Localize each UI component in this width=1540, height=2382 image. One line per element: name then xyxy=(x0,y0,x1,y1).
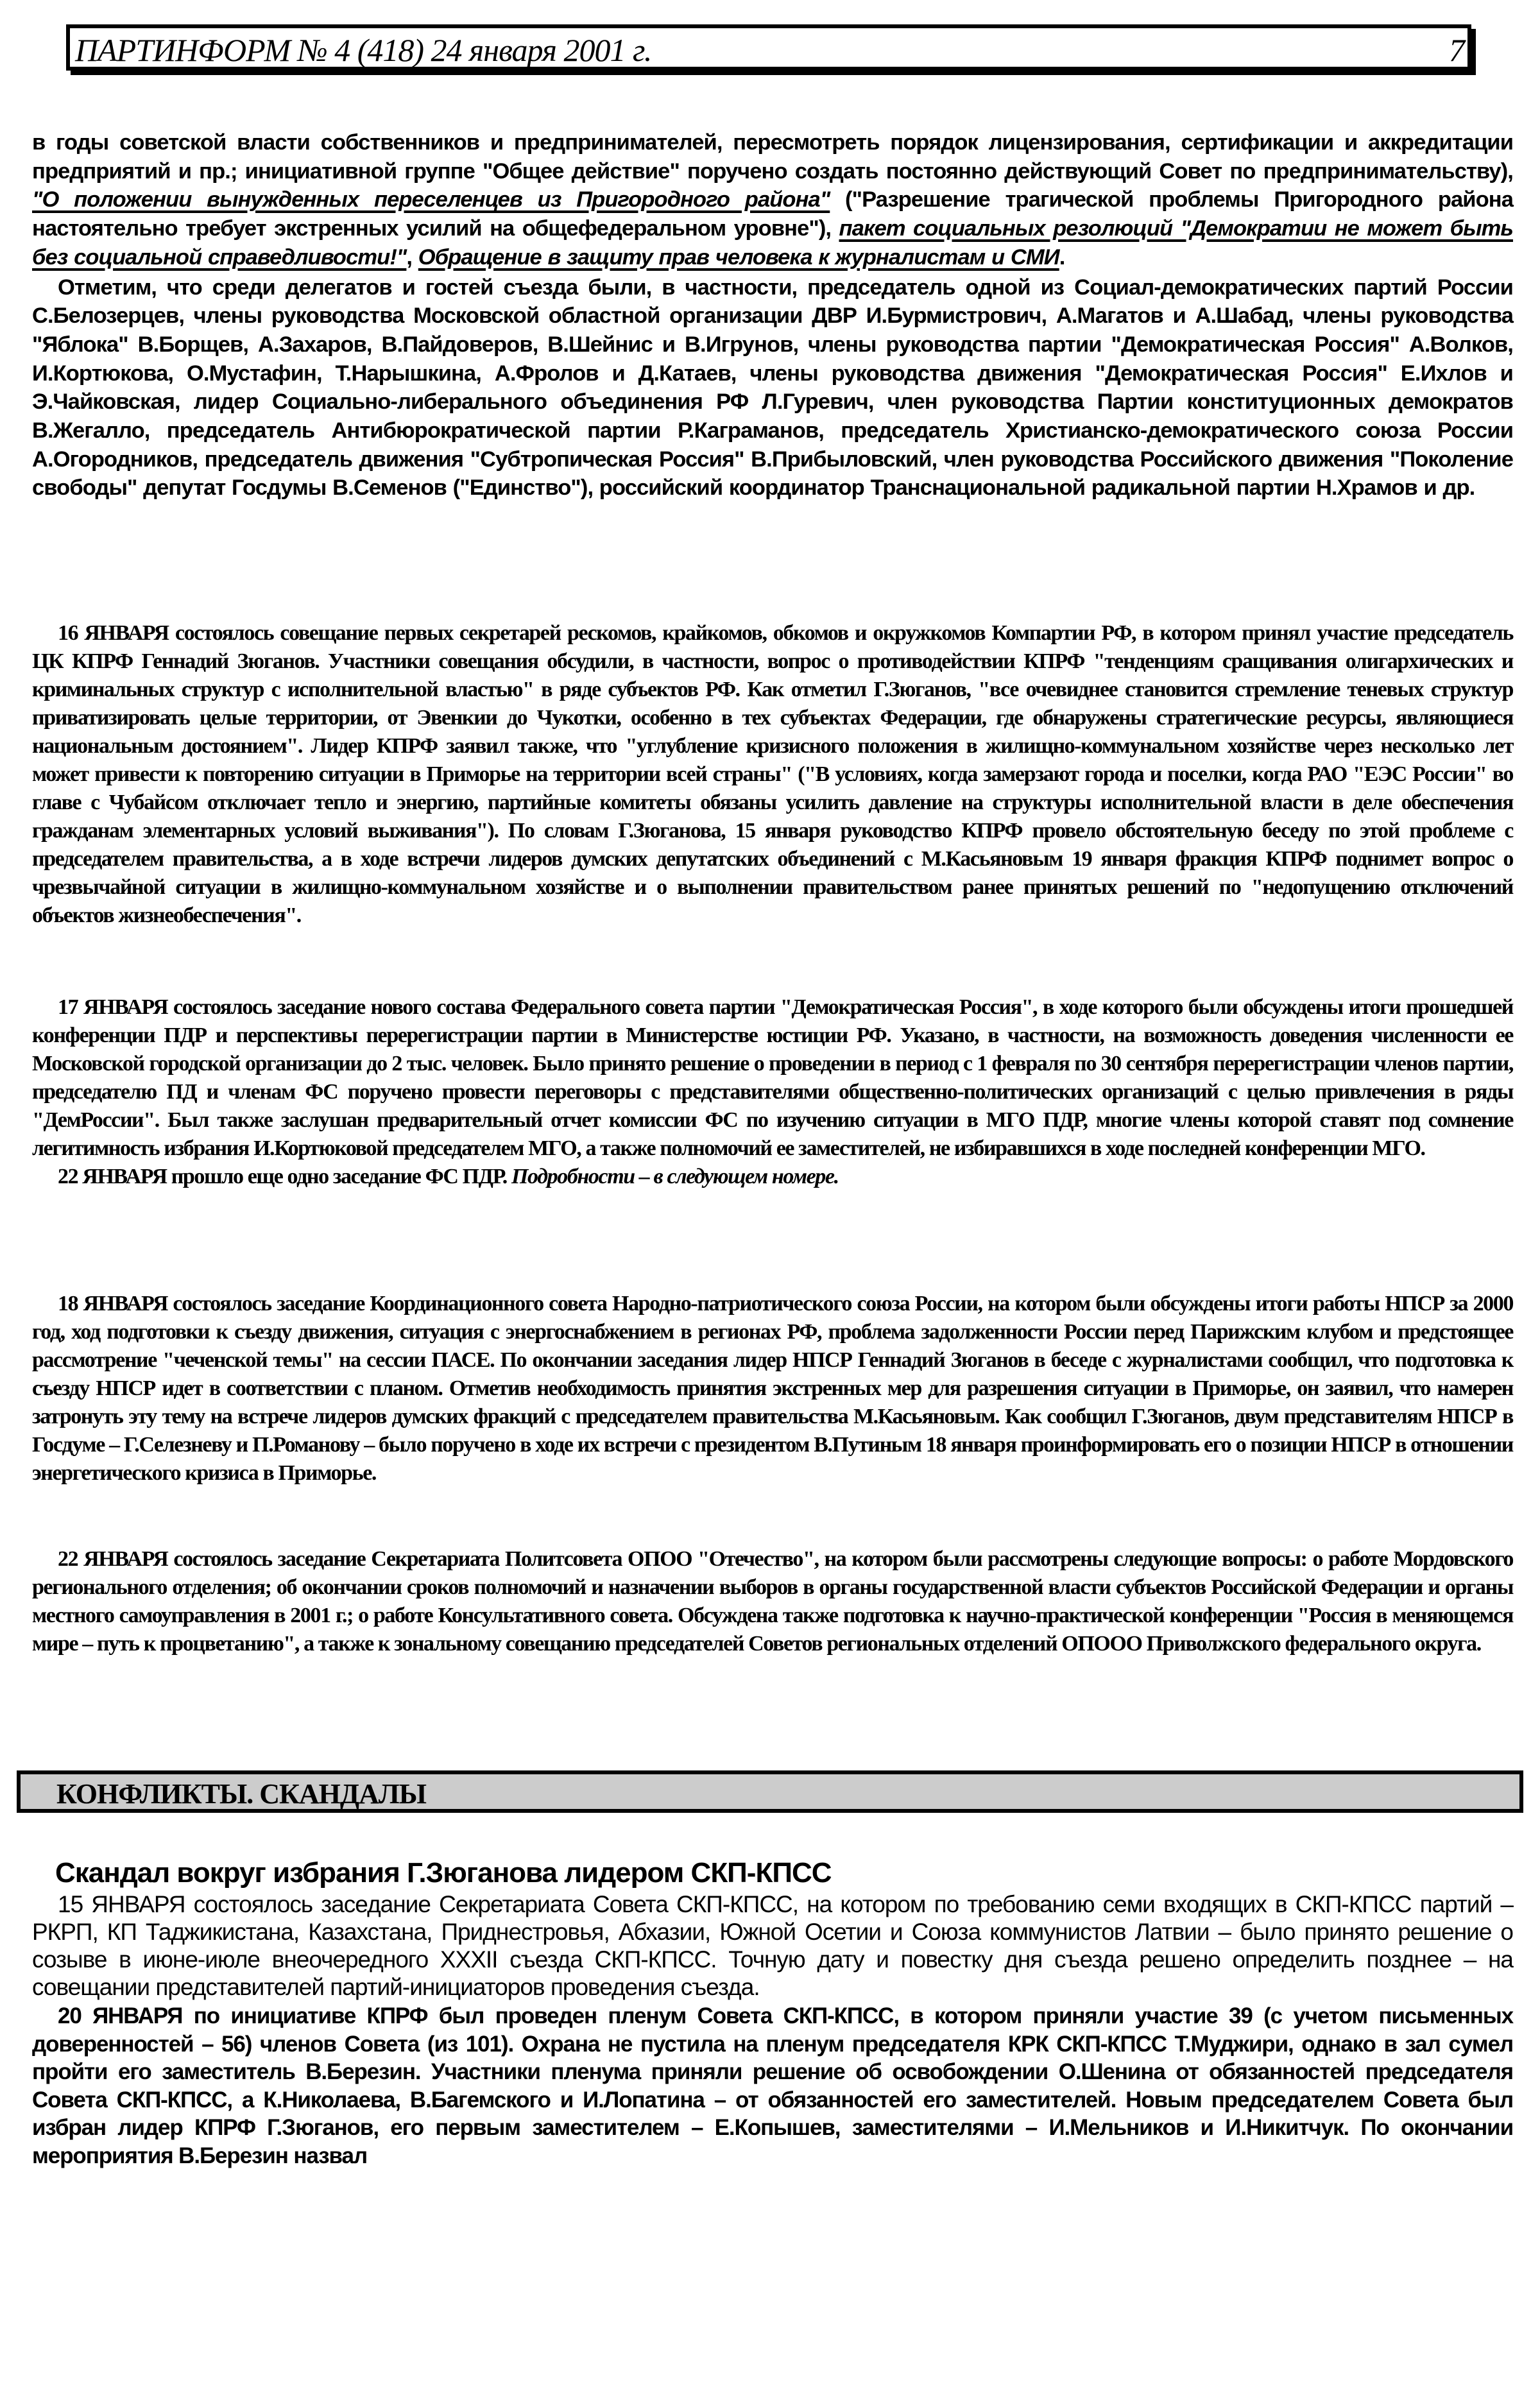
link-pereselentsy[interactable]: "О положении вынужденных переселенцев из… xyxy=(32,187,830,212)
link-human-rights-appeal[interactable]: Обращение в защиту прав человека к журна… xyxy=(418,245,1059,270)
publication-title: ПАРТИНФОРМ № 4 (418) 24 января 2001 г. xyxy=(75,31,651,69)
page-header: ПАРТИНФОРМ № 4 (418) 24 января 2001 г. 7 xyxy=(66,24,1471,71)
news-jan16: 16 ЯНВАРЯ состоялось совещание первых се… xyxy=(32,619,1513,930)
news-paragraph: 18 ЯНВАРЯ состоялось заседание Координац… xyxy=(32,1290,1513,1487)
followup-text: 22 ЯНВАРЯ прошло еще одно заседание ФС П… xyxy=(58,1165,511,1188)
news-jan22: 22 ЯНВАРЯ состоялось заседание Секретари… xyxy=(32,1545,1513,1658)
article-paragraph-2: 20 ЯНВАРЯ по инициативе КПРФ был проведе… xyxy=(32,2002,1513,2170)
article-paragraph-1: 15 ЯНВАРЯ состоялось заседание Секретари… xyxy=(32,1890,1513,2001)
intro-text: , xyxy=(406,245,418,270)
intro-paragraph: в годы советской власти собственников и … xyxy=(32,128,1513,502)
intro-text: . xyxy=(1059,245,1065,270)
section-header-bar: КОНФЛИКТЫ. СКАНДАЛЫ xyxy=(17,1770,1523,1813)
news-paragraph: 16 ЯНВАРЯ состоялось совещание первых се… xyxy=(32,619,1513,930)
article-skp-kpss: Скандал вокруг избрания Г.Зюганова лидер… xyxy=(32,1856,1513,2170)
article-title: Скандал вокруг избрания Г.Зюганова лидер… xyxy=(55,1856,1513,1890)
news-jan17: 17 ЯНВАРЯ состоялось заседание нового со… xyxy=(32,993,1513,1191)
section-title: КОНФЛИКТЫ. СКАНДАЛЫ xyxy=(56,1778,426,1810)
followup-italic: Подробности – в следующем номере. xyxy=(511,1165,839,1188)
news-paragraph: 22 ЯНВАРЯ состоялось заседание Секретари… xyxy=(32,1545,1513,1658)
news-paragraph: 17 ЯНВАРЯ состоялось заседание нового со… xyxy=(32,993,1513,1163)
intro-text: в годы советской власти собственников и … xyxy=(32,130,1513,184)
news-followup: 22 ЯНВАРЯ прошло еще одно заседание ФС П… xyxy=(32,1163,1513,1191)
news-jan18: 18 ЯНВАРЯ состоялось заседание Координац… xyxy=(32,1290,1513,1487)
page-number: 7 xyxy=(1449,31,1465,69)
delegates-paragraph: Отметим, что среди делегатов и гостей съ… xyxy=(32,273,1513,503)
